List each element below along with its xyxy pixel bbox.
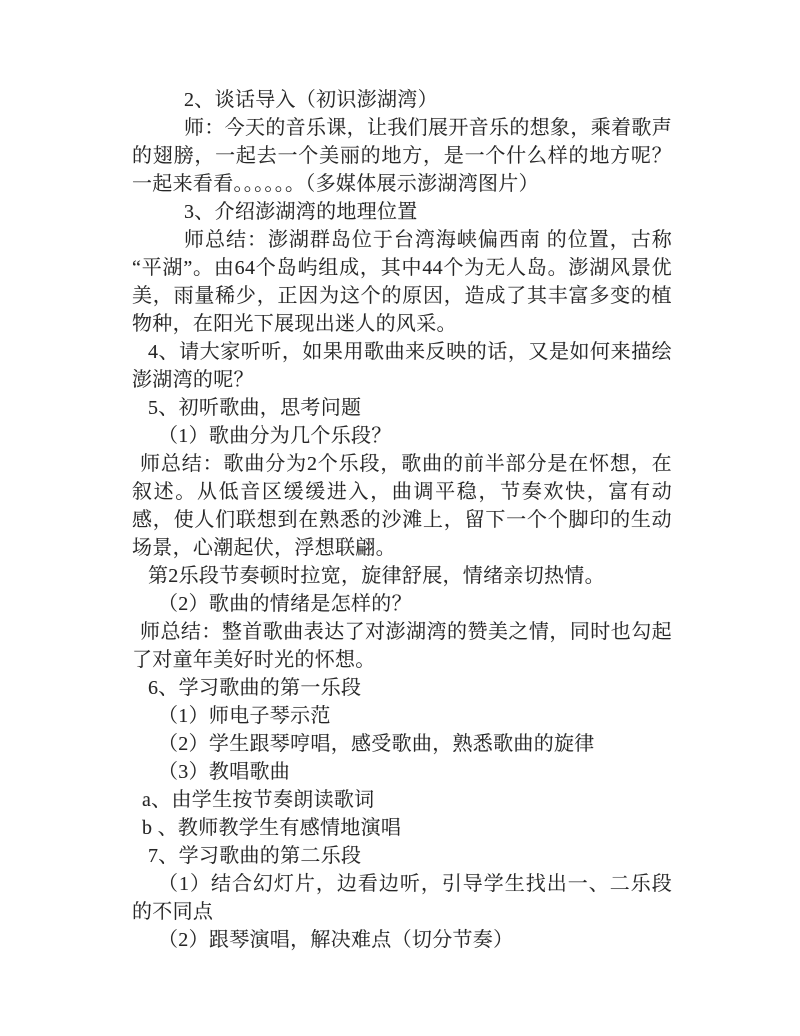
paragraph-3: 3、介绍澎湖湾的地理位置 (132, 198, 672, 226)
paragraph-16: a、由学生按节奏朗读歌词 (132, 786, 672, 814)
paragraph-14: （2）学生跟琴哼唱，感受歌曲，熟悉歌曲的旋律 (132, 730, 672, 758)
paragraph-18: 7、学习歌曲的第二乐段 (132, 842, 672, 870)
document-page: 2、谈话导入（初识澎湖湾）师：今天的音乐课，让我们展开音乐的想象，乘着歌声的翅膀… (0, 0, 800, 1036)
paragraph-9: 第2乐段节奏顿时拉宽，旋律舒展，情绪亲切热情。 (132, 562, 672, 590)
paragraph-1: 2、谈话导入（初识澎湖湾） (132, 86, 672, 114)
paragraph-4: 师总结：澎湖群岛位于台湾海峡偏西南 的位置，古称“平湖”。由64个岛屿组成，其中… (132, 226, 672, 338)
paragraph-2: 师：今天的音乐课，让我们展开音乐的想象，乘着歌声的翅膀，一起去一个美丽的地方，是… (132, 114, 672, 198)
paragraph-11: 师总结：整首歌曲表达了对澎湖湾的赞美之情，同时也勾起了对童年美好时光的怀想。 (132, 618, 672, 674)
paragraph-13: （1）师电子琴示范 (132, 702, 672, 730)
page: { "page": { "background": "#ffffff", "te… (0, 0, 800, 1036)
paragraph-10: （2）歌曲的情绪是怎样的？ (132, 590, 672, 618)
paragraph-6: 5、初听歌曲，思考问题 (132, 394, 672, 422)
paragraph-19: （1）结合幻灯片，边看边听，引导学生找出一、二乐段的不同点 (132, 870, 672, 926)
paragraph-20: （2）跟琴演唱，解决难点（切分节奏） (132, 926, 672, 954)
paragraph-17: b 、教师教学生有感情地演唱 (132, 814, 672, 842)
paragraph-15: （3）教唱歌曲 (132, 758, 672, 786)
paragraph-8: 师总结：歌曲分为2个乐段，歌曲的前半部分是在怀想，在叙述。从低音区缓缓进入，曲调… (132, 450, 672, 562)
paragraph-7: （1）歌曲分为几个乐段？ (132, 422, 672, 450)
paragraph-5: 4、请大家听听，如果用歌曲来反映的话，又是如何来描绘澎湖湾的呢？ (132, 338, 672, 394)
paragraph-12: 6、学习歌曲的第一乐段 (132, 674, 672, 702)
document-content: 2、谈话导入（初识澎湖湾）师：今天的音乐课，让我们展开音乐的想象，乘着歌声的翅膀… (132, 86, 672, 954)
